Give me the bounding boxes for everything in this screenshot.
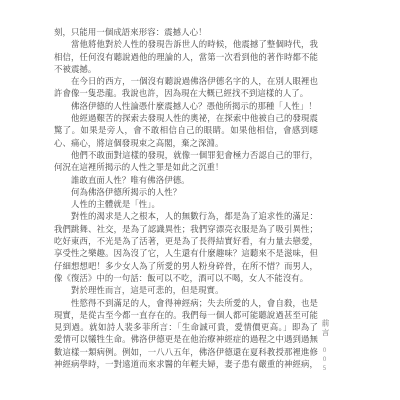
text-line: 愛情可以犧牲生命。佛洛伊德更是在他治療神經症的過程之中遇到過無 [54,334,318,346]
text-line: 人性的主體就是「性」。 [54,199,318,211]
text-line: 現實，是從古至今都一直存在的。我們每一個人都可能聽說過甚至可能 [54,310,318,322]
text-line: 許會像一隻恐龍。我說也許，因為現在大概已經找不到這樣的人了。 [54,88,318,100]
text-line: 像《復活》中的一句話：飯可以不吃，酒可以不喝，女人不能沒有。 [54,273,318,285]
text-line: 他們不敢面對這樣的發現，就像一個罪犯會極力否認自己的罪行， [54,150,318,162]
text-line: 對性的渴求是人之根本，人的無數行為，都是為了追求性的滿足： [54,211,318,223]
text-line: 誰敢直面人性？唯有佛洛伊德。 [54,175,318,187]
text-line: 刻，只能用一個成語來形容：震撼人心！ [54,27,318,39]
text-line: 享受性之樂趣。因為沒了它，人生還有什麼趣味？這聽來不是滋味，但 [54,248,318,260]
text-line: 我們跳舞、社交，是為了認識異性；我們穿漂亮衣服是為了吸引異性； [54,224,318,236]
text-line: 性慾得不到滿足的人，會得神經病；失去所愛的人，會自殺，也是 [54,298,318,310]
text-line: 數這樣一類病例。例如，一八八五年，佛洛伊德還在夏科教授那裡進修 [54,347,318,359]
book-page: 刻，只能用一個成語來形容：震撼人心！當他將他對於人性的發現告訴世人的時候，他震撼… [0,0,400,400]
body-text: 刻，只能用一個成語來形容：震撼人心！當他將他對於人性的發現告訴世人的時候，他震撼… [54,27,318,371]
text-line: 在今日的西方，一個沒有聽說過佛洛伊德名字的人，在別人眼裡也 [54,76,318,88]
text-line: 不被震撼。 [54,64,318,76]
page-number: 005 [321,347,328,374]
text-line: 驚了。如果是旁人，會不敢相信自己的眼睛。如果他相信，會感到噁 [54,125,318,137]
text-line: 對於理性而言，這是可悲的，但是現實。 [54,285,318,297]
text-line: 仔細想想吧！多少女人為了所愛的男人粉身碎骨，在所不惜？而男人， [54,261,318,273]
text-line: 何為佛洛伊德所揭示的人性？ [54,187,318,199]
text-line: 當他將他對於人性的發現告訴世人的時候，他震撼了整個時代，我 [54,39,318,51]
text-line: 吃好東西，不光是為了活著，更是為了長得結實好看，有力量去戀愛， [54,236,318,248]
text-line: 他經過艱苦的探索去發現人性的奧祕，在探索中他被自己的發現震 [54,113,318,125]
text-line: 見到過。就如詩人裴多菲所言：「生命誠可貴，愛情價更高。」即為了 [54,322,318,334]
text-line: 相信，任何沒有聽說過他的理論的人，當第一次看到他的著作時都不能 [54,52,318,64]
margin-section-label: 前言 [320,319,331,338]
text-line: 何況在這裡所揭示的人性之罪是如此之沉重！ [54,162,318,174]
text-line: 心、痛心，將這個發現束之高閣，棄之深淵。 [54,138,318,150]
text-line: 神經病學時，一對遠道而來求醫的年輕夫婦，妻子患有嚴重的神經病， [54,359,318,371]
text-line: 佛洛伊德的人性論憑什麼震撼人心？憑他所揭示的那種「人性」！ [54,101,318,113]
